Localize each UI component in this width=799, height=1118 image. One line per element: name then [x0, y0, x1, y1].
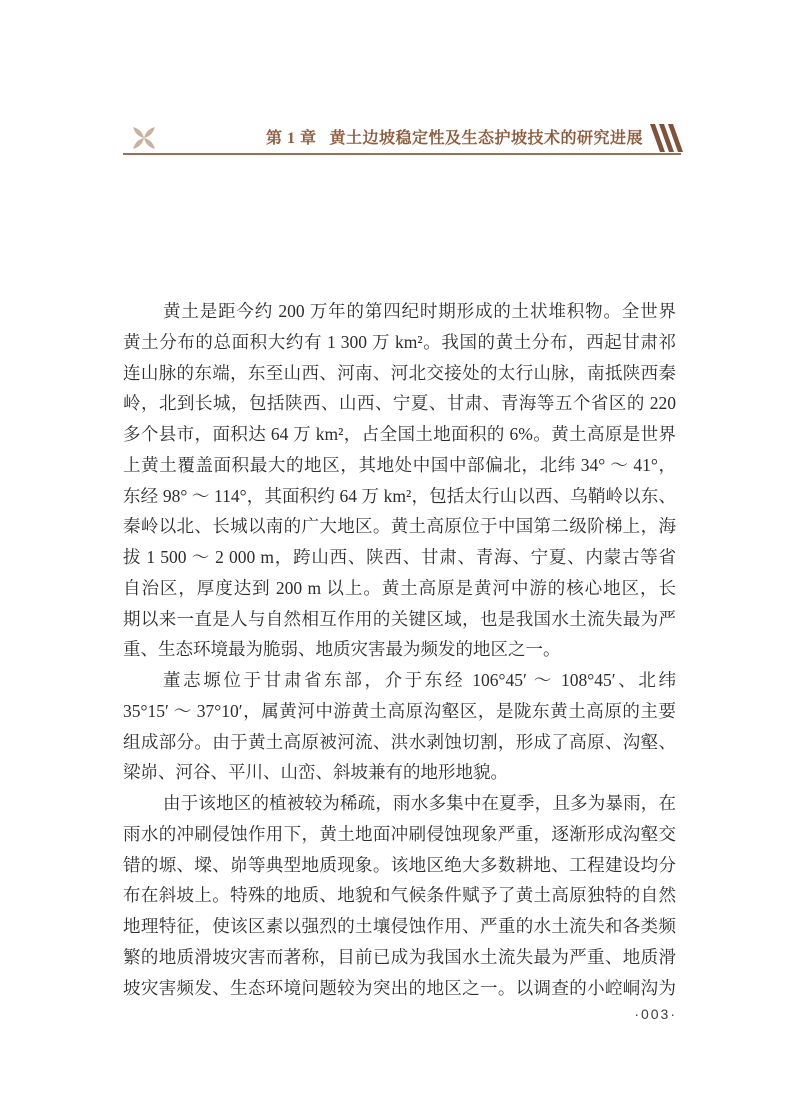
- four-petal-flower-icon: [131, 125, 157, 151]
- text-line: 黄土分布的总面积大约有 1 300 万 km²。我国的黄土分布，西起甘肃祁: [123, 327, 676, 358]
- text-line: 布在斜坡上。特殊的地质、地貌和气候条件赋予了黄土高原独特的自然: [123, 880, 676, 911]
- chapter-title: 第 1 章黄土边坡稳定性及生态护坡技术的研究进展: [266, 125, 643, 148]
- text-line: 地理特征，使该区素以强烈的土壤侵蚀作用、严重的水土流失和各类频: [123, 911, 676, 942]
- text-line: 黄土是距今约 200 万年的第四纪时期形成的土状堆积物。全世界: [123, 296, 676, 327]
- text-line: 坡灾害频发、生态环境问题较为突出的地区之一。以调查的小崆峒沟为: [123, 973, 676, 1004]
- book-page: 第 1 章黄土边坡稳定性及生态护坡技术的研究进展 黄土是距今约 200 万年的第…: [0, 0, 799, 1118]
- triple-diagonal-slash-icon: [650, 124, 683, 152]
- text-line: 拔 1 500 ～ 2 000 m，跨山西、陕西、甘肃、青海、宁夏、内蒙古等省: [123, 542, 676, 573]
- page-body: 黄土是距今约 200 万年的第四纪时期形成的土状堆积物。全世界 黄土分布的总面积…: [123, 296, 676, 1003]
- text-line: 梁峁、河谷、平川、山峦、斜坡兼有的地形地貌。: [123, 757, 676, 788]
- text-line: 秦岭以北、长城以南的广大地区。黄土高原位于中国第二级阶梯上，海: [123, 511, 676, 542]
- text-line: 东经 98° ～ 114°，其面积约 64 万 km²，包括太行山以西、乌鞘岭以…: [123, 481, 676, 512]
- text-line: 上黄土覆盖面积最大的地区，其地处中国中部偏北，北纬 34° ～ 41°，: [123, 450, 676, 481]
- text-line: 多个县市，面积达 64 万 km²，占全国土地面积的 6%。黄土高原是世界: [123, 419, 676, 450]
- text-line: 错的塬、墚、峁等典型地质现象。该地区绝大多数耕地、工程建设均分: [123, 850, 676, 881]
- chapter-label: 第 1 章: [266, 130, 317, 147]
- chapter-title-text: 黄土边坡稳定性及生态护坡技术的研究进展: [329, 130, 643, 147]
- text-line: 连山脉的东端，东至山西、河南、河北交接处的太行山脉，南抵陕西秦: [123, 358, 676, 389]
- chapter-header: 第 1 章黄土边坡稳定性及生态护坡技术的研究进展: [123, 124, 681, 155]
- text-line: 董志塬位于甘肃省东部，介于东经 106°45′ ～ 108°45′、北纬: [123, 665, 676, 696]
- text-line: 繁的地质滑坡灾害而著称，目前已成为我国水土流失最为严重、地质滑: [123, 942, 676, 973]
- text-line: 岭，北到长城，包括陕西、山西、宁夏、甘肃、青海等五个省区的 220: [123, 388, 676, 419]
- text-line: 组成部分。由于黄土高原被河流、洪水剥蚀切割，形成了高原、沟壑、: [123, 727, 676, 758]
- text-line: 重、生态环境最为脆弱、地质灾害最为频发的地区之一。: [123, 634, 676, 665]
- text-line: 自治区，厚度达到 200 m 以上。黄土高原是黄河中游的核心地区，长: [123, 573, 676, 604]
- page-number: ·003·: [634, 1006, 677, 1022]
- text-line: 35°15′ ～ 37°10′，属黄河中游黄土高原沟壑区，是陇东黄土高原的主要: [123, 696, 676, 727]
- text-line: 期以来一直是人与自然相互作用的关键区域，也是我国水土流失最为严: [123, 604, 676, 635]
- text-line: 雨水的冲刷侵蚀作用下，黄土地面冲刷侵蚀现象严重，逐渐形成沟壑交: [123, 819, 676, 850]
- text-line: 由于该地区的植被较为稀疏，雨水多集中在夏季，且多为暴雨，在: [123, 788, 676, 819]
